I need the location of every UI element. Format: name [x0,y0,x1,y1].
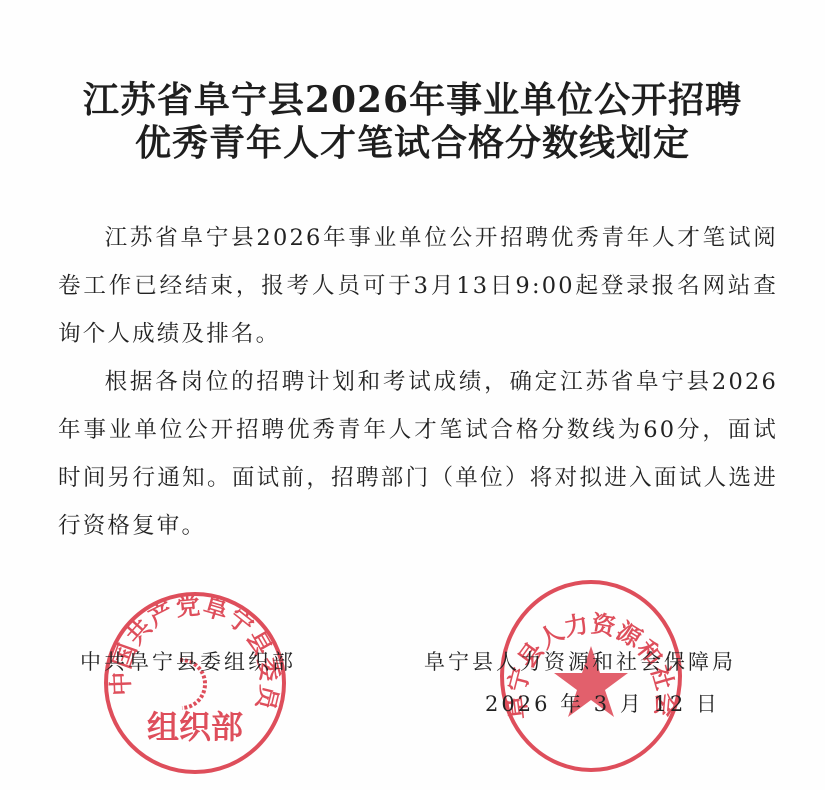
paragraph-1-text: 江苏省阜宁县2026年事业单位公开招聘优秀青年人才笔试阅卷工作已经结束，报考人员… [58,225,778,347]
document-title-line-1: 江苏省阜宁县2026年事业单位公开招聘 [0,78,825,122]
svg-text:组织部: 组织部 [147,708,243,746]
paragraph-2: 根据各岗位的招聘计划和考试成绩，确定江苏省阜宁县2026年事业单位公开招聘优秀青… [58,358,778,550]
document-title-line-2: 优秀青年人才笔试合格分数线划定 [0,121,825,165]
issue-date: 2026 年 3 月 12 日 [485,688,720,718]
hr-social-security-bureau-seal-icon: 阜宁县人力资源和社会保障局 [498,578,684,774]
organization-department-seal-icon: 中国共产党阜宁县委员会 组织部 [102,590,288,776]
paragraph-1: 江苏省阜宁县2026年事业单位公开招聘优秀青年人才笔试阅卷工作已经结束，报考人员… [58,214,778,358]
signature-hr-bureau: 阜宁县人力资源和社会保障局 [424,646,736,676]
paragraph-2-text: 根据各岗位的招聘计划和考试成绩，确定江苏省阜宁县2026年事业单位公开招聘优秀青… [58,369,778,539]
signature-organization-department: 中共阜宁县委组织部 [80,646,296,676]
document-page: 江苏省阜宁县2026年事业单位公开招聘 优秀青年人才笔试合格分数线划定 江苏省阜… [0,0,825,790]
